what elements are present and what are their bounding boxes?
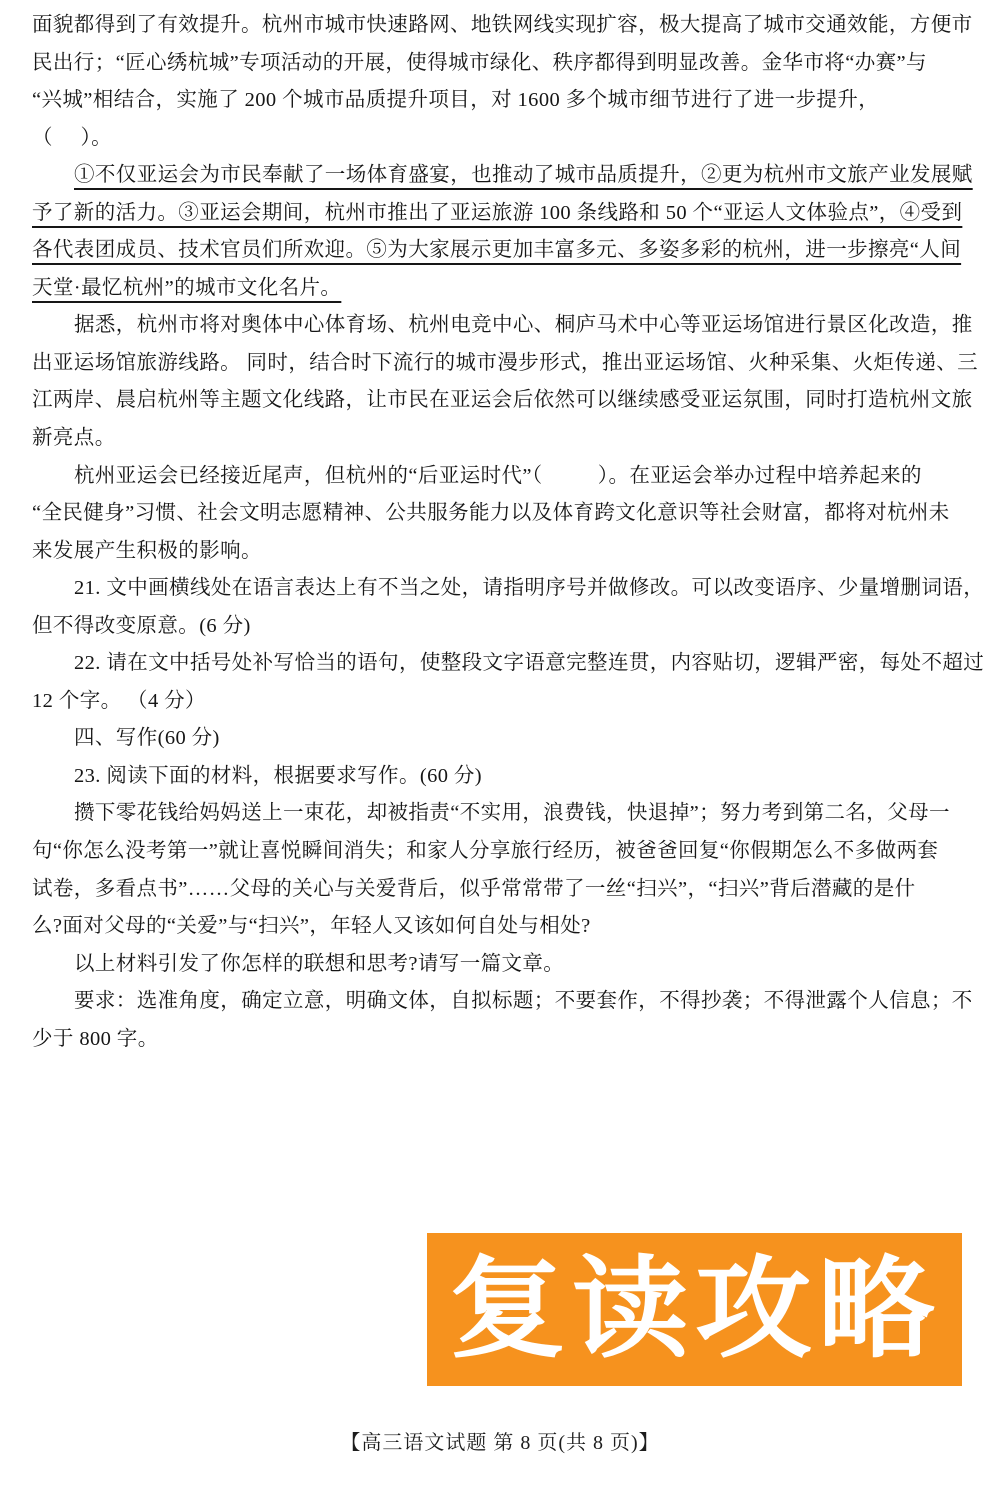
question-21: 21. 文中画横线处在语言表达上有不当之处，请指明序号并做修改。可以改变语序、少… (32, 570, 968, 645)
text-line: 少于 800 字。 (32, 1021, 968, 1059)
text-line: ①不仅亚运会为市民奉献了一场体育盛宴，也推动了城市品质提升，②更为杭州市文旅产业… (32, 157, 968, 195)
text-line: （ ）。 (32, 120, 968, 158)
text-line: 以上材料引发了你怎样的联想和思考?请写一篇文章。 (32, 946, 968, 984)
underlined-passage: ①不仅亚运会为市民奉献了一场体育盛宴，也推动了城市品质提升，②更为杭州市文旅产业… (32, 157, 968, 307)
text: 四、写作(60 分) (74, 727, 220, 749)
text-line: 12 个字。 （4 分） (32, 683, 968, 721)
text-line: 攒下零花钱给妈妈送上一束花，却被指责“不实用，浪费钱，快退掉”；努力考到第二名，… (32, 795, 968, 833)
page-footer: 【高三语文试题 第 8 页(共 8 页)】 (0, 1426, 1000, 1455)
paragraph-continuation: 面貌都得到了有效提升。杭州市城市快速路网、地铁网线实现扩容，极大提高了城市交通效… (32, 7, 968, 157)
section-4-heading: 四、写作(60 分) (32, 720, 968, 758)
text-line: 新亮点。 (32, 420, 968, 458)
text-line: 天堂·最忆杭州”的城市文化名片。 (32, 270, 968, 308)
text-line: 据悉，杭州市将对奥体中心体育场、杭州电竞中心、桐庐马术中心等亚运场馆进行景区化改… (32, 307, 968, 345)
underlined-text: 天堂·最忆杭州”的城市文化名片。 (32, 277, 341, 299)
text-line: 面貌都得到了有效提升。杭州市城市快速路网、地铁网线实现扩容，极大提高了城市交通效… (32, 7, 968, 45)
text-line: 四、写作(60 分) (32, 720, 968, 758)
text-line: 23. 阅读下面的材料，根据要求写作。(60 分) (32, 758, 968, 796)
text-line: 么?面对父母的“关爱”与“扫兴”，年轻人又该如何自处与相处? (32, 908, 968, 946)
text: 面貌都得到了有效提升。杭州市城市快速路网、地铁网线实现扩容，极大提高了城市交通效… (32, 14, 973, 36)
text-line: 21. 文中画横线处在语言表达上有不当之处，请指明序号并做修改。可以改变语序、少… (32, 570, 968, 608)
text: （ ）。 (32, 127, 112, 149)
document-body: 面貌都得到了有效提升。杭州市城市快速路网、地铁网线实现扩容，极大提高了城市交通效… (32, 7, 968, 1058)
text: 12 个字。 （4 分） (32, 690, 206, 712)
essay-requirements: 要求：选准角度，确定立意，明确文体，自拟标题；不要套作，不得抄袭；不得泄露个人信… (32, 983, 968, 1058)
promo-banner: 复读攻略 (427, 1233, 962, 1386)
question-23: 23. 阅读下面的材料，根据要求写作。(60 分) (32, 758, 968, 796)
underlined-text: ①不仅亚运会为市民奉献了一场体育盛宴，也推动了城市品质提升，②更为杭州市文旅产业… (74, 164, 973, 186)
text: 要求：选准角度，确定立意，明确文体，自拟标题；不要套作，不得抄袭；不得泄露个人信… (74, 990, 973, 1012)
text: 但不得改变原意。(6 分) (32, 615, 251, 637)
text: 23. 阅读下面的材料，根据要求写作。(60 分) (74, 765, 482, 787)
underlined-text: 予了新的活力。③亚运会期间，杭州市推出了亚运旅游 100 条线路和 50 个“亚… (32, 202, 962, 224)
text: “兴城”相结合，实施了 200 个城市品质提升项目，对 1600 多个城市细节进… (32, 89, 879, 111)
text-line: 杭州亚运会已经接近尾声，但杭州的“后亚运时代”（ ）。在亚运会举办过程中培养起来… (32, 458, 968, 496)
text-line: 民出行；“匠心绣杭城”专项活动的开展，使得城市绿化、秩序都得到明显改善。金华市将… (32, 45, 968, 83)
text-line: 但不得改变原意。(6 分) (32, 608, 968, 646)
essay-prompt: 以上材料引发了你怎样的联想和思考?请写一篇文章。 (32, 946, 968, 984)
text: 攒下零花钱给妈妈送上一束花，却被指责“不实用，浪费钱，快退掉”；努力考到第二名，… (74, 802, 950, 824)
text-line: 来发展产生积极的影响。 (32, 533, 968, 571)
text: 据悉，杭州市将对奥体中心体育场、杭州电竞中心、桐庐马术中心等亚运场馆进行景区化改… (74, 314, 973, 336)
text-line: 江两岸、晨启杭州等主题文化线路，让市民在亚运会后依然可以继续感受亚运氛围，同时打… (32, 382, 968, 420)
text: 句“你怎么没考第一”就让喜悦瞬间消失；和家人分享旅行经历，被爸爸回复“你假期怎么… (32, 840, 938, 862)
text-line: 22. 请在文中括号处补写恰当的语句，使整段文字语意完整连贯，内容贴切，逻辑严密… (32, 645, 968, 683)
text: 试卷，多看点书”……父母的关心与关爱背后，似乎常常带了一丝“扫兴”，“扫兴”背后… (32, 878, 916, 900)
text-line: “全民健身”习惯、社会文明志愿精神、公共服务能力以及体育跨文化意识等社会财富，都… (32, 495, 968, 533)
text: 么?面对父母的“关爱”与“扫兴”，年轻人又该如何自处与相处? (32, 915, 591, 937)
underlined-text: 各代表团成员、技术官员们所欢迎。⑤为大家展示更加丰富多元、多姿多彩的杭州，进一步… (32, 239, 961, 261)
question-22: 22. 请在文中括号处补写恰当的语句，使整段文字语意完整连贯，内容贴切，逻辑严密… (32, 645, 968, 720)
text-line: 出亚运场馆旅游线路。 同时，结合时下流行的城市漫步形式，推出亚运场馆、火种采集、… (32, 345, 968, 383)
text: 以上材料引发了你怎样的联想和思考?请写一篇文章。 (74, 953, 564, 975)
text-line: 要求：选准角度，确定立意，明确文体，自拟标题；不要套作，不得抄袭；不得泄露个人信… (32, 983, 968, 1021)
exam-page: { "page": { "footer_text": "【高三语文试题 第 8 … (0, 0, 1000, 1490)
text: 少于 800 字。 (32, 1028, 159, 1050)
text-line: 予了新的活力。③亚运会期间，杭州市推出了亚运旅游 100 条线路和 50 个“亚… (32, 195, 968, 233)
text: 江两岸、晨启杭州等主题文化线路，让市民在亚运会后依然可以继续感受亚运氛围，同时打… (32, 389, 973, 411)
text: 新亮点。 (32, 427, 116, 449)
text: 民出行；“匠心绣杭城”专项活动的开展，使得城市绿化、秩序都得到明显改善。金华市将… (32, 52, 927, 74)
text-line: 各代表团成员、技术官员们所欢迎。⑤为大家展示更加丰富多元、多姿多彩的杭州，进一步… (32, 232, 968, 270)
text: 来发展产生积极的影响。 (32, 540, 262, 562)
text-line: “兴城”相结合，实施了 200 个城市品质提升项目，对 1600 多个城市细节进… (32, 82, 968, 120)
text: 杭州亚运会已经接近尾声，但杭州的“后亚运时代”（ ）。在亚运会举办过程中培养起来… (74, 465, 922, 487)
text-line: 试卷，多看点书”……父母的关心与关爱背后，似乎常常带了一丝“扫兴”，“扫兴”背后… (32, 871, 968, 909)
text: “全民健身”习惯、社会文明志愿精神、公共服务能力以及体育跨文化意识等社会财富，都… (32, 502, 950, 524)
text: 出亚运场馆旅游线路。 同时，结合时下流行的城市漫步形式，推出亚运场馆、火种采集、… (32, 352, 978, 374)
paragraph-venue-tourism: 据悉，杭州市将对奥体中心体育场、杭州电竞中心、桐庐马术中心等亚运场馆进行景区化改… (32, 307, 968, 457)
text: 22. 请在文中括号处补写恰当的语句，使整段文字语意完整连贯，内容贴切，逻辑严密… (74, 652, 984, 674)
text-line: 句“你怎么没考第一”就让喜悦瞬间消失；和家人分享旅行经历，被爸爸回复“你假期怎么… (32, 833, 968, 871)
essay-material: 攒下零花钱给妈妈送上一束花，却被指责“不实用，浪费钱，快退掉”；努力考到第二名，… (32, 795, 968, 945)
promo-banner-text: 复读攻略 (449, 1255, 941, 1365)
paragraph-post-asiad: 杭州亚运会已经接近尾声，但杭州的“后亚运时代”（ ）。在亚运会举办过程中培养起来… (32, 458, 968, 571)
text: 21. 文中画横线处在语言表达上有不当之处，请指明序号并做修改。可以改变语序、少… (74, 577, 984, 599)
